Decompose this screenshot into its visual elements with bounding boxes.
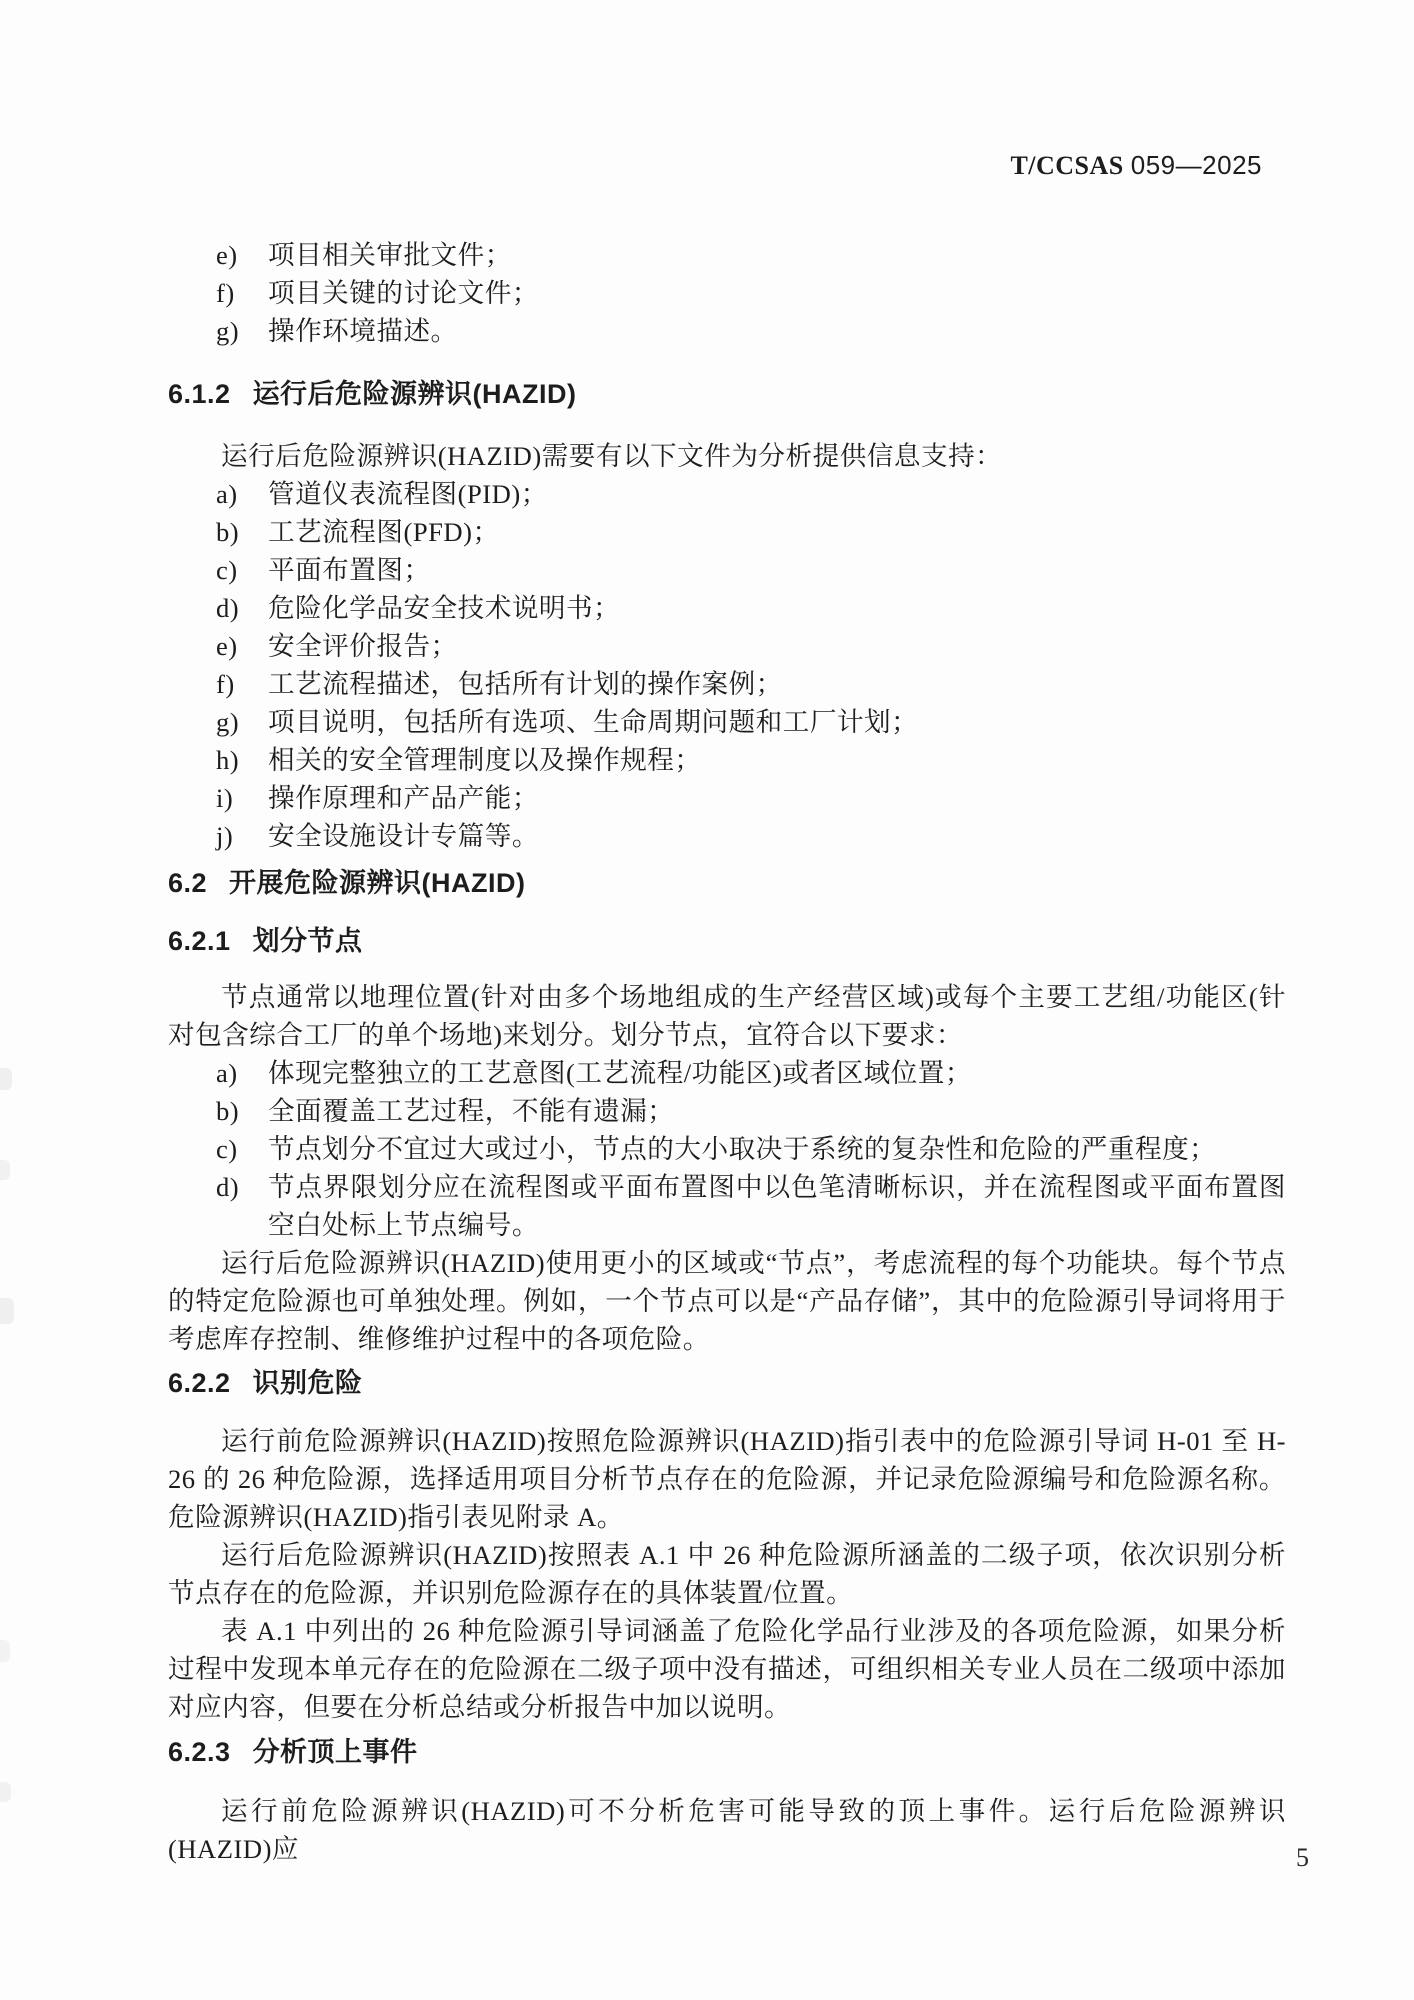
standard-code-number: 059—2025 <box>1131 150 1262 180</box>
scan-artifact <box>0 1782 11 1802</box>
list-item-text: 操作原理和产品产能； <box>268 783 539 813</box>
scan-artifact <box>0 1160 10 1180</box>
scan-artifact <box>0 1068 12 1090</box>
section-heading-6-2-3: 6.2.3分析顶上事件 <box>168 1736 1286 1768</box>
list-item: c) 节点划分不宜过大或过小，节点的大小取决于系统的复杂性和危险的严重程度； <box>168 1130 1286 1168</box>
list-item-text: 项目说明，包括所有选项、生命周期问题和工厂计划； <box>268 707 918 737</box>
heading-title: 识别危险 <box>253 1368 363 1398</box>
heading-number: 6.1.2 <box>168 379 231 409</box>
list-item-label: a) <box>216 1054 238 1092</box>
paragraph-612-intro: 运行后危险源辨识(HAZID)需要有以下文件为分析提供信息支持： <box>168 437 1286 475</box>
heading-number: 6.2.1 <box>168 926 231 956</box>
list-item-text: 安全设施设计专篇等。 <box>268 821 539 851</box>
list-item-text: 相关的安全管理制度以及操作规程； <box>268 745 702 775</box>
list-item-text: 节点划分不宜过大或过小，节点的大小取决于系统的复杂性和危险的严重程度； <box>268 1134 1216 1164</box>
list-item: g) 项目说明，包括所有选项、生命周期问题和工厂计划； <box>168 703 1286 741</box>
list-item-label: e) <box>216 236 238 274</box>
heading-number: 6.2 <box>168 868 207 898</box>
list-item: d) 节点界限划分应在流程图或平面布置图中以色笔清晰标识，并在流程图或平面布置图… <box>168 1168 1286 1244</box>
paragraph-622-2: 运行后危险源辨识(HAZID)按照表 A.1 中 26 种危险源所涵盖的二级子项… <box>168 1536 1286 1612</box>
list-item-text: 危险化学品安全技术说明书； <box>268 593 620 623</box>
list-item: i) 操作原理和产品产能； <box>168 779 1286 817</box>
heading-title: 划分节点 <box>253 926 363 956</box>
paragraph-622-3: 表 A.1 中列出的 26 种危险源引导词涵盖了危险化学品行业涉及的各项危险源，… <box>168 1612 1286 1726</box>
paragraph-621-1: 节点通常以地理位置(针对由多个场地组成的生产经营区域)或每个主要工艺组/功能区(… <box>168 978 1286 1054</box>
paragraph-622-1: 运行前危险源辨识(HAZID)按照危险源辨识(HAZID)指引表中的危险源引导词… <box>168 1422 1286 1536</box>
page-header: T/CCSAS 059—2025 <box>168 150 1286 178</box>
list-item-label: e) <box>216 627 238 665</box>
paragraph-623-1: 运行前危险源辨识(HAZID)可不分析危害可能导致的顶上事件。运行后危险源辨识(… <box>168 1792 1286 1868</box>
list-item-label: g) <box>216 703 239 741</box>
paragraph-621-2: 运行后危险源辨识(HAZID)使用更小的区域或“节点”，考虑流程的每个功能块。每… <box>168 1244 1286 1358</box>
document-body: T/CCSAS 059—2025 e) 项目相关审批文件； f) 项目关键的讨论… <box>168 150 1286 1868</box>
section-heading-6-2-1: 6.2.1划分节点 <box>168 925 1286 957</box>
list-621-requirements: a) 体现完整独立的工艺意图(工艺流程/功能区)或者区域位置； b) 全面覆盖工… <box>168 1054 1286 1244</box>
scan-artifact <box>0 1298 14 1324</box>
list-item: c) 平面布置图； <box>168 551 1286 589</box>
list-item: b) 全面覆盖工艺过程，不能有遗漏； <box>168 1092 1286 1130</box>
heading-title: 分析顶上事件 <box>253 1737 418 1767</box>
page-number: 5 <box>1296 1843 1309 1873</box>
list-item: j) 安全设施设计专篇等。 <box>168 817 1286 855</box>
list-item-label: d) <box>216 1168 239 1206</box>
list-item-label: i) <box>216 779 233 817</box>
list-item-text: 节点界限划分应在流程图或平面布置图中以色笔清晰标识，并在流程图或平面布置图空白处… <box>268 1172 1286 1240</box>
section-heading-6-1-2: 6.1.2运行后危险源辨识(HAZID) <box>168 378 1286 410</box>
heading-number: 6.2.2 <box>168 1368 231 1398</box>
list-item: f) 工艺流程描述，包括所有计划的操作案例； <box>168 665 1286 703</box>
list-item-label: g) <box>216 312 239 350</box>
section-heading-6-2: 6.2开展危险源辨识(HAZID) <box>168 867 1286 899</box>
list-item-label: j) <box>216 817 233 855</box>
list-item-label: f) <box>216 665 235 703</box>
list-item: a) 体现完整独立的工艺意图(工艺流程/功能区)或者区域位置； <box>168 1054 1286 1092</box>
heading-title: 运行后危险源辨识(HAZID) <box>253 379 577 409</box>
standard-code-prefix: T/CCSAS <box>1010 151 1123 180</box>
list-item: b) 工艺流程图(PFD)； <box>168 513 1286 551</box>
list-item-label: b) <box>216 1092 239 1130</box>
list-item-text: 管道仪表流程图(PID)； <box>268 479 548 509</box>
scan-artifact <box>0 1640 10 1662</box>
list-item-label: f) <box>216 274 235 312</box>
list-item-text: 操作环境描述。 <box>268 316 458 346</box>
list-item-label: d) <box>216 589 239 627</box>
list-item-text: 工艺流程描述，包括所有计划的操作案例； <box>268 669 783 699</box>
list-item-text: 项目相关审批文件； <box>268 240 512 270</box>
list-item: d) 危险化学品安全技术说明书； <box>168 589 1286 627</box>
list-item: g) 操作环境描述。 <box>168 312 1286 350</box>
list-611-continuation: e) 项目相关审批文件； f) 项目关键的讨论文件； g) 操作环境描述。 <box>168 236 1286 350</box>
list-item-text: 工艺流程图(PFD)； <box>268 517 500 547</box>
list-item-text: 体现完整独立的工艺意图(工艺流程/功能区)或者区域位置； <box>268 1058 972 1088</box>
list-item-label: c) <box>216 1130 238 1168</box>
heading-title: 开展危险源辨识(HAZID) <box>229 868 525 898</box>
list-item-text: 项目关键的讨论文件； <box>268 278 539 308</box>
list-item: f) 项目关键的讨论文件； <box>168 274 1286 312</box>
list-item: e) 项目相关审批文件； <box>168 236 1286 274</box>
list-item-text: 全面覆盖工艺过程，不能有遗漏； <box>268 1096 674 1126</box>
list-item-text: 平面布置图； <box>268 555 431 585</box>
list-item-label: c) <box>216 551 238 589</box>
list-item: h) 相关的安全管理制度以及操作规程； <box>168 741 1286 779</box>
heading-number: 6.2.3 <box>168 1737 231 1767</box>
list-item-label: b) <box>216 513 239 551</box>
list-612-documents: a) 管道仪表流程图(PID)； b) 工艺流程图(PFD)； c) 平面布置图… <box>168 475 1286 855</box>
list-item-text: 安全评价报告； <box>268 631 458 661</box>
list-item: a) 管道仪表流程图(PID)； <box>168 475 1286 513</box>
list-item: e) 安全评价报告； <box>168 627 1286 665</box>
list-item-label: a) <box>216 475 238 513</box>
list-item-label: h) <box>216 741 239 779</box>
section-heading-6-2-2: 6.2.2识别危险 <box>168 1367 1286 1399</box>
document-page: T/CCSAS 059—2025 e) 项目相关审批文件； f) 项目关键的讨论… <box>0 0 1414 2000</box>
